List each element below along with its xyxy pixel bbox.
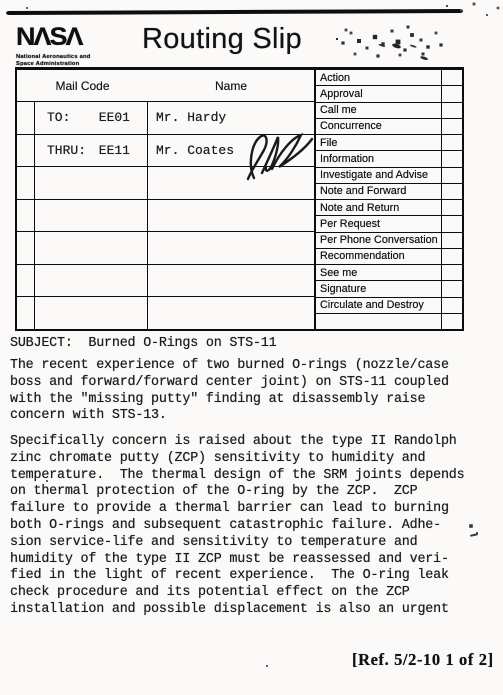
mail-code-cell xyxy=(35,265,148,297)
name-cell xyxy=(148,232,314,264)
margin-cell xyxy=(17,200,35,232)
mail-code-cell xyxy=(35,297,148,329)
name-column-header: Name xyxy=(148,70,314,101)
mail-code-cell xyxy=(35,232,148,264)
action-row: Note and Return xyxy=(316,200,462,216)
action-label: Per Phone Conversation xyxy=(316,233,441,248)
action-label: Note and Forward xyxy=(316,184,441,199)
margin-cell xyxy=(17,135,35,167)
mail-code-value: EE01 xyxy=(99,110,130,125)
addressee-row xyxy=(17,232,314,265)
scan-stray-mark xyxy=(470,533,478,537)
action-check-cell xyxy=(441,200,462,215)
addressee-row xyxy=(17,200,314,233)
action-check-cell xyxy=(441,168,462,183)
action-label: File xyxy=(316,135,441,150)
action-check-cell xyxy=(441,216,462,231)
action-row: Action xyxy=(316,70,462,86)
scan-noise-specks xyxy=(446,5,448,7)
action-label: Concurrence xyxy=(316,119,441,134)
route-label: THRU: xyxy=(47,143,86,158)
addressee-row xyxy=(17,297,314,329)
name-cell xyxy=(148,265,314,297)
action-row: Note and Forward xyxy=(316,184,462,200)
mail-code-column-header: Mail Code xyxy=(17,70,148,101)
name-cell xyxy=(148,297,314,329)
nasa-worm-logotype: NΛSΛ xyxy=(16,25,136,50)
action-check-cell xyxy=(441,86,462,101)
handwritten-initials-signature xyxy=(238,126,318,182)
action-label xyxy=(316,314,441,329)
action-label: Call me xyxy=(316,103,441,118)
action-check-cell xyxy=(441,70,462,85)
action-label: Recommendation xyxy=(316,249,441,264)
margin-cell xyxy=(17,265,35,297)
page-title: Routing Slip xyxy=(142,23,302,56)
mail-code-cell: THRU:EE11 xyxy=(35,135,148,167)
action-row: Signature xyxy=(316,281,462,297)
margin-cell xyxy=(17,297,35,329)
action-row: Approval xyxy=(316,86,462,102)
action-row: Call me xyxy=(316,103,462,119)
action-row: Information xyxy=(316,151,462,167)
action-check-cell xyxy=(441,135,462,150)
scan-blotch xyxy=(392,43,402,50)
mail-code-cell xyxy=(35,200,148,232)
action-check-cell xyxy=(441,119,462,134)
action-check-cell xyxy=(441,233,462,248)
action-check-cell xyxy=(441,314,462,329)
action-label: Action xyxy=(316,70,441,85)
subject-line: SUBJECT: Burned O-Rings on STS-11 xyxy=(10,336,276,353)
name-cell xyxy=(148,200,314,232)
reference-citation: [Ref. 5/2-10 1 of 2] xyxy=(352,650,494,670)
margin-cell xyxy=(17,232,35,264)
action-row: See me xyxy=(316,265,462,281)
action-label: Investigate and Advise xyxy=(316,168,441,183)
body-paragraph-1: The recent experience of two burned O-ri… xyxy=(10,358,449,425)
action-label: Information xyxy=(316,151,441,166)
action-row: Circulate and Destroy xyxy=(316,298,462,314)
action-label: Approval xyxy=(316,86,441,101)
margin-cell xyxy=(17,167,35,199)
action-row: File xyxy=(316,135,462,151)
action-check-cell xyxy=(441,249,462,264)
mail-code-value: EE11 xyxy=(99,143,130,158)
action-check-cell xyxy=(441,151,462,166)
action-checklist: ActionApprovalCall meConcurrenceFileInfo… xyxy=(316,70,462,329)
table-header-row: Mail Code Name xyxy=(17,70,314,102)
action-row: Concurrence xyxy=(316,119,462,135)
action-check-cell xyxy=(441,184,462,199)
action-check-cell xyxy=(441,281,462,296)
margin-cell xyxy=(17,102,35,134)
addressee-section: Mail Code Name TO:EE01Mr. HardyTHRU:EE11… xyxy=(17,70,316,329)
action-row: Investigate and Advise xyxy=(316,168,462,184)
action-check-cell xyxy=(441,103,462,118)
action-row: Recommendation xyxy=(316,249,462,265)
mail-code-cell xyxy=(35,167,148,199)
scanned-routing-slip-page: NΛSΛ National Aeronautics and Space Admi… xyxy=(0,0,503,695)
action-row xyxy=(316,314,462,329)
action-row: Per Request xyxy=(316,216,462,232)
top-border-rule xyxy=(6,9,463,15)
addressee-row xyxy=(17,265,314,298)
action-label: Signature xyxy=(316,281,441,296)
action-label: Circulate and Destroy xyxy=(316,298,441,313)
nasa-logo: NΛSΛ National Aeronautics and Space Admi… xyxy=(16,25,136,68)
scan-smudge xyxy=(336,38,338,40)
action-row: Per Phone Conversation xyxy=(316,233,462,249)
action-check-cell xyxy=(441,298,462,313)
mail-code-cell: TO:EE01 xyxy=(35,102,148,134)
body-paragraph-2: Specifically concern is raised about the… xyxy=(10,434,464,619)
action-label: See me xyxy=(316,265,441,280)
action-check-cell xyxy=(441,265,462,280)
route-label: TO: xyxy=(47,110,70,125)
action-label: Note and Return xyxy=(316,200,441,215)
routing-table: Mail Code Name TO:EE01Mr. HardyTHRU:EE11… xyxy=(15,67,464,331)
action-label: Per Request xyxy=(316,216,441,231)
